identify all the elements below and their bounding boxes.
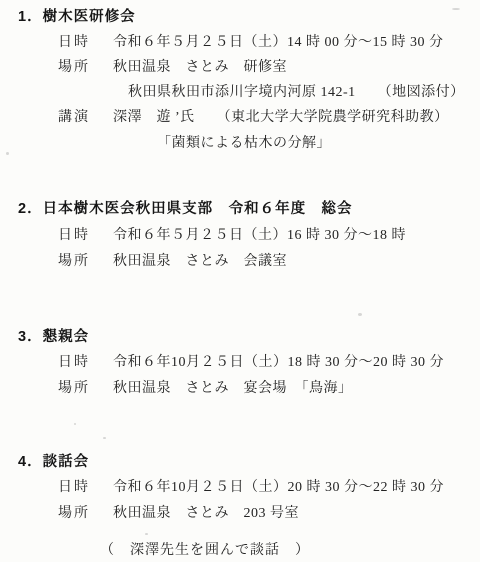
section2-datetime-label: 日時	[58, 228, 90, 243]
section3-place-value: 秋田温泉 さとみ 宴会場 「鳥海」	[113, 381, 353, 396]
scan-noise	[74, 423, 76, 425]
section1-datetime-value: 令和６年５月２５日（土）14 時 00 分～15 時 30 分	[113, 35, 444, 50]
section2-datetime-value: 令和６年５月２５日（土）16 時 30 分～18 時	[113, 228, 406, 243]
section2-heading: 2．日本樹木医会秋田県支部 令和６年度 総会	[18, 202, 353, 218]
section4-place-value: 秋田温泉 さとみ 203 号室	[113, 506, 299, 521]
section1-lecture-label: 講演	[58, 110, 90, 125]
section1-address: 秋田県秋田市添川字境内河原 142-1 （地図添付）	[128, 85, 465, 100]
section1-lecturer: 深澤 遊 ’氏 （東北大学大学院農学研究科助教）	[113, 110, 449, 125]
scan-noise	[452, 8, 460, 10]
section3-heading: 3．懇親会	[18, 330, 89, 346]
scan-noise	[103, 437, 106, 439]
section3-datetime-label: 日時	[58, 355, 90, 370]
section1-heading: 1．樹木医研修会	[18, 10, 136, 26]
section4-heading: 4．談話会	[18, 455, 89, 471]
section1-place-value: 秋田温泉 さとみ 研修室	[113, 60, 287, 75]
scan-noise	[6, 152, 9, 155]
section4-datetime-label: 日時	[58, 480, 90, 495]
section1-lecture-title: 「菌類による枯木の分解」	[157, 136, 331, 151]
section1-datetime-label: 日時	[58, 35, 90, 50]
section4-datetime-value: 令和６年10月２５日（土）20 時 30 分～22 時 30 分	[113, 480, 444, 495]
scanned-document-page: 1．樹木医研修会 日時 令和６年５月２５日（土）14 時 00 分～15 時 3…	[0, 0, 480, 562]
section3-place-label: 場所	[58, 381, 90, 396]
scan-noise	[145, 533, 148, 535]
section1-place-label: 場所	[58, 60, 90, 75]
section3-datetime-value: 令和６年10月２５日（土）18 時 30 分～20 時 30 分	[113, 355, 444, 370]
scan-noise	[358, 313, 362, 316]
section4-place-label: 場所	[58, 506, 90, 521]
section4-note: （ 深澤先生を囲んで談話 ）	[100, 543, 310, 558]
section2-place-label: 場所	[58, 254, 90, 269]
section2-place-value: 秋田温泉 さとみ 会議室	[113, 254, 287, 269]
